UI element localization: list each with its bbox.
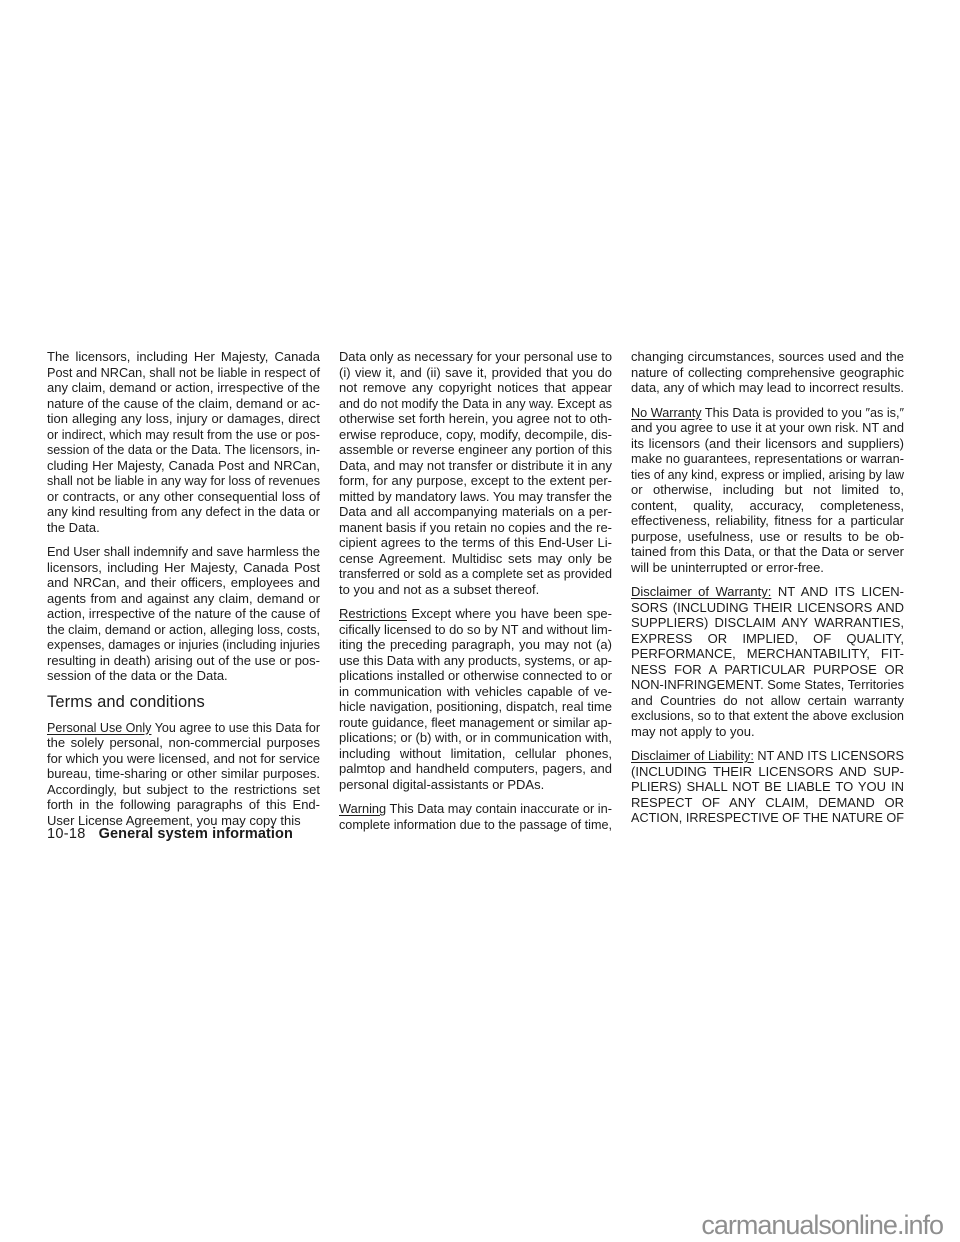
paragraph-line: licensors, including Her Majesty, Canada… [47,560,320,576]
paragraph: End User shall indemnify and save harmle… [47,544,320,684]
section-heading: Terms and conditions [47,693,320,711]
text-column-right: changing circumstances, sources used and… [631,349,904,826]
paragraph-line: its licensors (and their licensors and s… [631,436,904,452]
paragraph-line: the claim, demand or action, alleging lo… [47,622,320,638]
paragraph-line: End User shall indemnify and save harmle… [47,544,320,560]
paragraph: Disclaimer of Warranty: NT AND ITS LICEN… [631,584,904,739]
paragraph-line: not remove any copyright notices that ap… [339,380,612,396]
paragraph: changing circumstances, sources used and… [631,349,904,396]
paragraph-line: Personal Use Only You agree to use this … [47,720,320,736]
paragraph-line: Warning This Data may contain inaccurate… [339,801,612,817]
paragraph: Personal Use Only You agree to use this … [47,720,320,829]
paragraph-line: otherwise set forth herein, you agree no… [339,411,612,427]
paragraph-line: Accordingly, but subject to the restrict… [47,782,320,798]
paragraph-line: (i) view it, and (ii) save it, provided … [339,365,612,381]
footer-section-title: General system information [99,826,293,842]
paragraph-line: Disclaimer of Warranty: NT AND ITS LICEN… [631,584,904,600]
watermark-text: carmanualsonline.info [701,1211,943,1239]
paragraph-line: iting the preceding paragraph, you may n… [339,637,612,653]
paragraph-line: and Countries do not allow certain warra… [631,693,904,709]
paragraph-line: and NRCan, and their officers, employees… [47,575,320,591]
paragraph-line: session of the data or the Data. The lic… [47,442,320,458]
paragraph-line: route guidance, fleet management or simi… [339,715,612,731]
paragraph-line: palmtop and handheld computers, pagers, … [339,761,612,777]
paragraph-line: any claim, demand or action, irrespectiv… [47,380,320,396]
underlined-lead-in: Warning [339,801,386,816]
paragraph-line: NESS FOR A PARTICULAR PURPOSE OR [631,662,904,678]
paragraph-line: tion alleging any loss, injury or damage… [47,411,320,427]
page-footer: 10-18General system information [47,826,293,842]
paragraph: Data only as necessary for your personal… [339,349,612,597]
paragraph-line: (INCLUDING THEIR LICENSORS AND SUP- [631,764,904,780]
paragraph-line: to you and not as a subset thereof. [339,582,612,598]
paragraph-line: may not apply to you. [631,724,904,740]
underlined-lead-in: Disclaimer of Warranty: [631,584,771,599]
paragraph-line: erwise reproduce, copy, modify, decompil… [339,427,612,443]
paragraph-line: RESPECT OF ANY CLAIM, DEMAND OR [631,795,904,811]
paragraph-line: the Data. [47,520,320,536]
paragraph-line: in communication with vehicles capable o… [339,684,612,700]
paragraph-line: including without limitation, cellular p… [339,746,612,762]
paragraph-line: cense Agreement. Multidisc sets may only… [339,551,612,567]
paragraph-line: session of the data or the Data. [47,668,320,684]
paragraph-line: forth in the following paragraphs of thi… [47,797,320,813]
paragraph-line: and do not modify the Data in any way. E… [339,396,612,412]
paragraph-line: NON-INFRINGEMENT. Some States, Territori… [631,677,904,693]
paragraph-line: cluding Her Majesty, Canada Post and NRC… [47,458,320,474]
paragraph-line: content, quality, accuracy, completeness… [631,498,904,514]
text-column-left: The licensors, including Her Majesty, Ca… [47,349,320,828]
paragraph-line: manent basis if you retain no copies and… [339,520,612,536]
paragraph-line: purpose, usefulness, use or results to b… [631,529,904,545]
paragraph-line: Disclaimer of Liability: NT AND ITS LICE… [631,748,904,764]
paragraph: Disclaimer of Liability: NT AND ITS LICE… [631,748,904,826]
paragraph-line: or otherwise, including but not limited … [631,482,904,498]
underlined-lead-in: Restrictions [339,606,407,621]
paragraph-line: Data, and may not transfer or distribute… [339,458,612,474]
paragraph-line: make no guarantees, representations or w… [631,451,904,467]
paragraph-line: SUPPLIERS) DISCLAIM ANY WARRANTIES, [631,615,904,631]
paragraph-line: Data and all accompanying materials on a… [339,504,612,520]
paragraph-line: expenses, damages or injuries (including… [47,637,320,653]
paragraph-line: plications; or (b) with, or in communica… [339,730,612,746]
paragraph-line: any kind resulting from any defect in th… [47,504,320,520]
paragraph-line: and you agree to use it at your own risk… [631,420,904,436]
paragraph-line: PERFORMANCE, MERCHANTABILITY, FIT- [631,646,904,662]
paragraph: Restrictions Except where you have been … [339,606,612,792]
paragraph-line: tained from this Data, or that the Data … [631,544,904,560]
paragraph-line: will be uninterrupted or error-free. [631,560,904,576]
paragraph-line: The licensors, including Her Majesty, Ca… [47,349,320,365]
paragraph-line: complete information due to the passage … [339,817,612,833]
paragraph-line: cipient agrees to the terms of this End-… [339,535,612,551]
paragraph-line: or indirect, which may result from the u… [47,427,320,443]
paragraph-line: action, irrespective of the nature of th… [47,606,320,622]
paragraph-line: form, for any purpose, except to the ext… [339,473,612,489]
paragraph-line: SORS (INCLUDING THEIR LICENSORS AND [631,600,904,616]
paragraph-line: ties of any kind, express or implied, ar… [631,467,904,483]
paragraph-line: cifically licensed to do so by NT and wi… [339,622,612,638]
paragraph-line: plications installed or otherwise connec… [339,668,612,684]
paragraph-line: use this Data with any products, systems… [339,653,612,669]
page-number: 10-18 [47,826,86,842]
paragraph-line: EXPRESS OR IMPLIED, OF QUALITY, [631,631,904,647]
paragraph-line: resulting in death) arising out of the u… [47,653,320,669]
paragraph-line: assemble or reverse engineer any portion… [339,442,612,458]
paragraph-line: mitted by mandatory laws. You may transf… [339,489,612,505]
underlined-lead-in: No Warranty [631,405,702,420]
paragraph-line: nature of collecting comprehensive geogr… [631,365,904,381]
paragraph-line: agents from and against any claim, deman… [47,591,320,607]
paragraph-line: nature of the cause of the claim, demand… [47,396,320,412]
paragraph-line: No Warranty This Data is provided to you… [631,405,904,421]
paragraph-line: ACTION, IRRESPECTIVE OF THE NATURE OF [631,810,904,826]
manual-page: The licensors, including Her Majesty, Ca… [0,0,960,1242]
paragraph-line: the solely personal, non-commercial purp… [47,735,320,751]
underlined-lead-in: Personal Use Only [47,720,151,735]
paragraph-line: personal digital-assistants or PDAs. [339,777,612,793]
paragraph-line: transferred or sold as a complete set as… [339,566,612,582]
underlined-lead-in: Disclaimer of Liability: [631,748,754,763]
paragraph-line: Restrictions Except where you have been … [339,606,612,622]
paragraph-line: for which you were licensed, and not for… [47,751,320,767]
paragraph-line: Post and NRCan, shall not be liable in r… [47,365,320,381]
paragraph-line: effectiveness, reliability, fitness for … [631,513,904,529]
text-column-middle: Data only as necessary for your personal… [339,349,612,832]
paragraph-line: or contracts, or any other consequential… [47,489,320,505]
paragraph-line: data, any of which may lead to incorrect… [631,380,904,396]
paragraph-line: Data only as necessary for your personal… [339,349,612,365]
paragraph-line: bureau, time-sharing or other similar pu… [47,766,320,782]
paragraph: No Warranty This Data is provided to you… [631,405,904,576]
paragraph-line: exclusions, so to that extent the above … [631,708,904,724]
paragraph-line: PLIERS) SHALL NOT BE LIABLE TO YOU IN [631,779,904,795]
paragraph: Warning This Data may contain inaccurate… [339,801,612,832]
paragraph-line: hicle navigation, positioning, dispatch,… [339,699,612,715]
paragraph-line: changing circumstances, sources used and… [631,349,904,365]
paragraph: The licensors, including Her Majesty, Ca… [47,349,320,535]
paragraph-line: shall not be liable in any way for loss … [47,473,320,489]
